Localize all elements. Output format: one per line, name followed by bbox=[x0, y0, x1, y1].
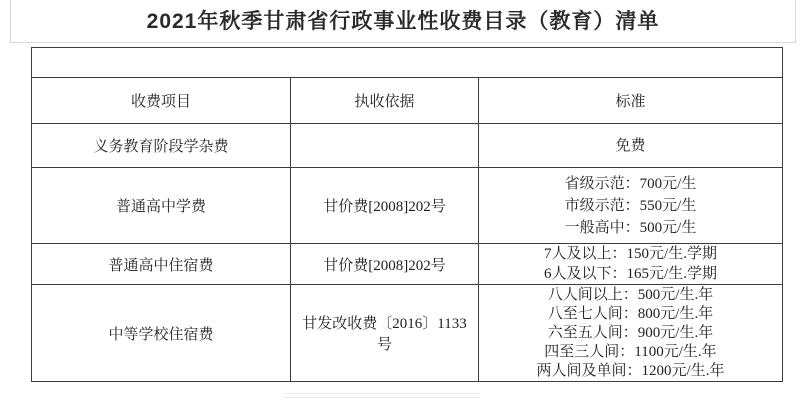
fee-table: 收费项目 执收依据 标准 义务教育阶段学杂费 免费 普通高中学费 甘价费[200… bbox=[31, 47, 783, 382]
standard-cell: 八人间以上：500元/生.年 八至七人间：800元/生.年 六至五人间：900元… bbox=[479, 285, 783, 382]
standard-cell: 省级示范：700元/生 市级示范：550元/生 一般高中：500元/生 bbox=[479, 168, 783, 244]
fee-item-cell: 普通高中住宿费 bbox=[32, 244, 291, 285]
standard-line: 一般高中：500元/生 bbox=[565, 217, 697, 239]
standard-lines: 免费 bbox=[615, 136, 645, 156]
basis-cell: 甘价费[2008]202号 bbox=[291, 168, 479, 244]
title-bar: 2021年秋季甘肃省行政事业性收费目录（教育）清单 bbox=[10, 0, 796, 43]
basis-cell: 甘发改收费〔2016〕1133号 bbox=[291, 285, 479, 382]
standard-line: 八人间以上：500元/生.年 bbox=[537, 286, 725, 305]
scan-artifact-line bbox=[283, 393, 480, 398]
standard-lines: 省级示范：700元/生 市级示范：550元/生 一般高中：500元/生 bbox=[565, 173, 697, 239]
fee-item-cell: 中等学校住宿费 bbox=[32, 285, 291, 382]
standard-lines: 7人及以上：150元/生.学期 6人及以下：165元/生.学期 bbox=[544, 244, 717, 284]
row-highschool-accommodation: 普通高中住宿费 甘价费[2008]202号 7人及以上：150元/生.学期 6人… bbox=[32, 244, 783, 285]
standard-line: 六至五人间：900元/生.年 bbox=[537, 324, 725, 343]
document-title: 2021年秋季甘肃省行政事业性收费目录（教育）清单 bbox=[11, 5, 795, 35]
standard-line: 7人及以上：150元/生.学期 bbox=[544, 244, 717, 264]
standard-line: 两人间及单间：1200元/生.年 bbox=[537, 362, 725, 381]
row-highschool-tuition: 普通高中学费 甘价费[2008]202号 省级示范：700元/生 市级示范：55… bbox=[32, 168, 783, 244]
basis-cell: 甘价费[2008]202号 bbox=[291, 244, 479, 285]
standard-line: 6人及以下：165元/生.学期 bbox=[544, 264, 717, 284]
standard-line: 免费 bbox=[615, 136, 645, 156]
header-cell-item: 收费项目 bbox=[32, 78, 291, 124]
fee-item-cell: 义务教育阶段学杂费 bbox=[32, 124, 291, 168]
standard-line: 省级示范：700元/生 bbox=[565, 173, 697, 195]
row-compulsory-education-fee: 义务教育阶段学杂费 免费 bbox=[32, 124, 783, 168]
standard-line: 四至三人间：1100元/生.年 bbox=[537, 343, 725, 362]
screenshot-root: { "page": { "title": "2021年秋季甘肃省行政事业性收费目… bbox=[0, 0, 800, 400]
spacer-cell bbox=[32, 48, 783, 78]
row-secondary-school-accommodation: 中等学校住宿费 甘发改收费〔2016〕1133号 八人间以上：500元/生.年 … bbox=[32, 285, 783, 382]
basis-cell bbox=[291, 124, 479, 168]
header-cell-basis: 执收依据 bbox=[291, 78, 479, 124]
standard-cell: 7人及以上：150元/生.学期 6人及以下：165元/生.学期 bbox=[479, 244, 783, 285]
fee-item-cell: 普通高中学费 bbox=[32, 168, 291, 244]
standard-cell: 免费 bbox=[479, 124, 783, 168]
standard-line: 八至七人间：800元/生.年 bbox=[537, 305, 725, 324]
standard-lines: 八人间以上：500元/生.年 八至七人间：800元/生.年 六至五人间：900元… bbox=[537, 286, 725, 381]
header-row: 收费项目 执收依据 标准 bbox=[32, 78, 783, 124]
header-cell-standard: 标准 bbox=[479, 78, 783, 124]
spacer-row bbox=[32, 48, 783, 78]
standard-line: 市级示范：550元/生 bbox=[565, 195, 697, 217]
